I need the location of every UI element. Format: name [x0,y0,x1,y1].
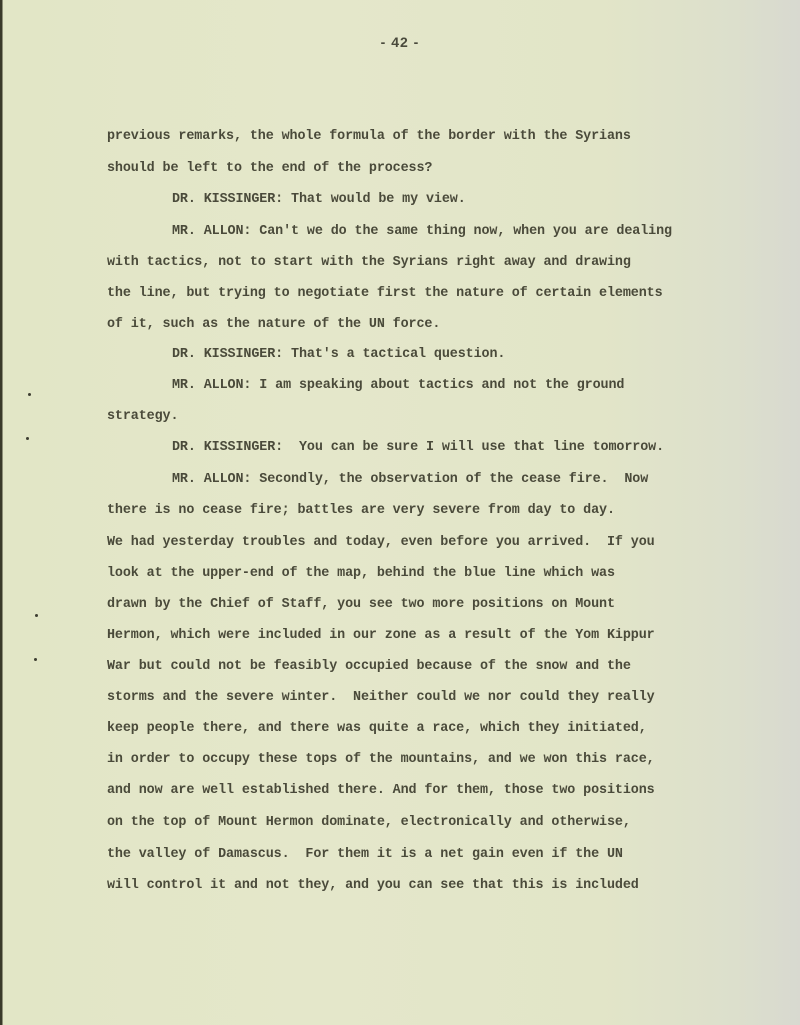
dialogue-line: DR. KISSINGER: That's a tactical questio… [172,347,505,363]
dialogue-line: MR. ALLON: Secondly, the observation of … [172,472,648,488]
text-line: should be left to the end of the process… [107,161,432,177]
text-line: will control it and not they, and you ca… [107,878,639,894]
margin-speck [35,614,38,617]
speaker-name: MR. ALLON: [172,378,251,393]
text-line: in order to occupy these tops of the mou… [107,752,655,768]
text-line: previous remarks, the whole formula of t… [107,129,631,145]
text-line: Hermon, which were included in our zone … [107,628,655,644]
margin-speck [28,393,31,396]
text-line: there is no cease fire; battles are very… [107,503,615,519]
margin-speck [34,658,37,661]
text-line: strategy. [107,409,178,425]
dialogue-line: MR. ALLON: Can't we do the same thing no… [172,224,672,240]
text-line: on the top of Mount Hermon dominate, ele… [107,815,631,831]
text-line: the valley of Damascus. For them it is a… [107,847,623,863]
dialogue-line: DR. KISSINGER: You can be sure I will us… [172,440,664,456]
text-line: storms and the severe winter. Neither co… [107,690,655,706]
text-line: of it, such as the nature of the UN forc… [107,317,440,333]
text-line: We had yesterday troubles and today, eve… [107,535,655,551]
speaker-name: DR. KISSINGER: [172,192,283,207]
speaker-name: DR. KISSINGER: [172,347,283,362]
text-line: keep people there, and there was quite a… [107,721,647,737]
text-line: the line, but trying to negotiate first … [107,286,663,302]
dialogue-line: MR. ALLON: I am speaking about tactics a… [172,378,624,394]
speaker-name: MR. ALLON: [172,224,251,239]
text-line: with tactics, not to start with the Syri… [107,255,631,271]
speaker-name: MR. ALLON: [172,472,251,487]
text-line: look at the upper-end of the map, behind… [107,566,615,582]
text-line: War but could not be feasibly occupied b… [107,659,631,675]
page-number: - 42 - [0,34,800,50]
document-page: - 42 - previous remarks, the whole formu… [0,0,800,1025]
margin-speck [26,437,29,440]
speaker-name: DR. KISSINGER: [172,440,283,455]
text-line: and now are well established there. And … [107,783,655,799]
dialogue-line: DR. KISSINGER: That would be my view. [172,192,466,208]
text-line: drawn by the Chief of Staff, you see two… [107,597,615,613]
